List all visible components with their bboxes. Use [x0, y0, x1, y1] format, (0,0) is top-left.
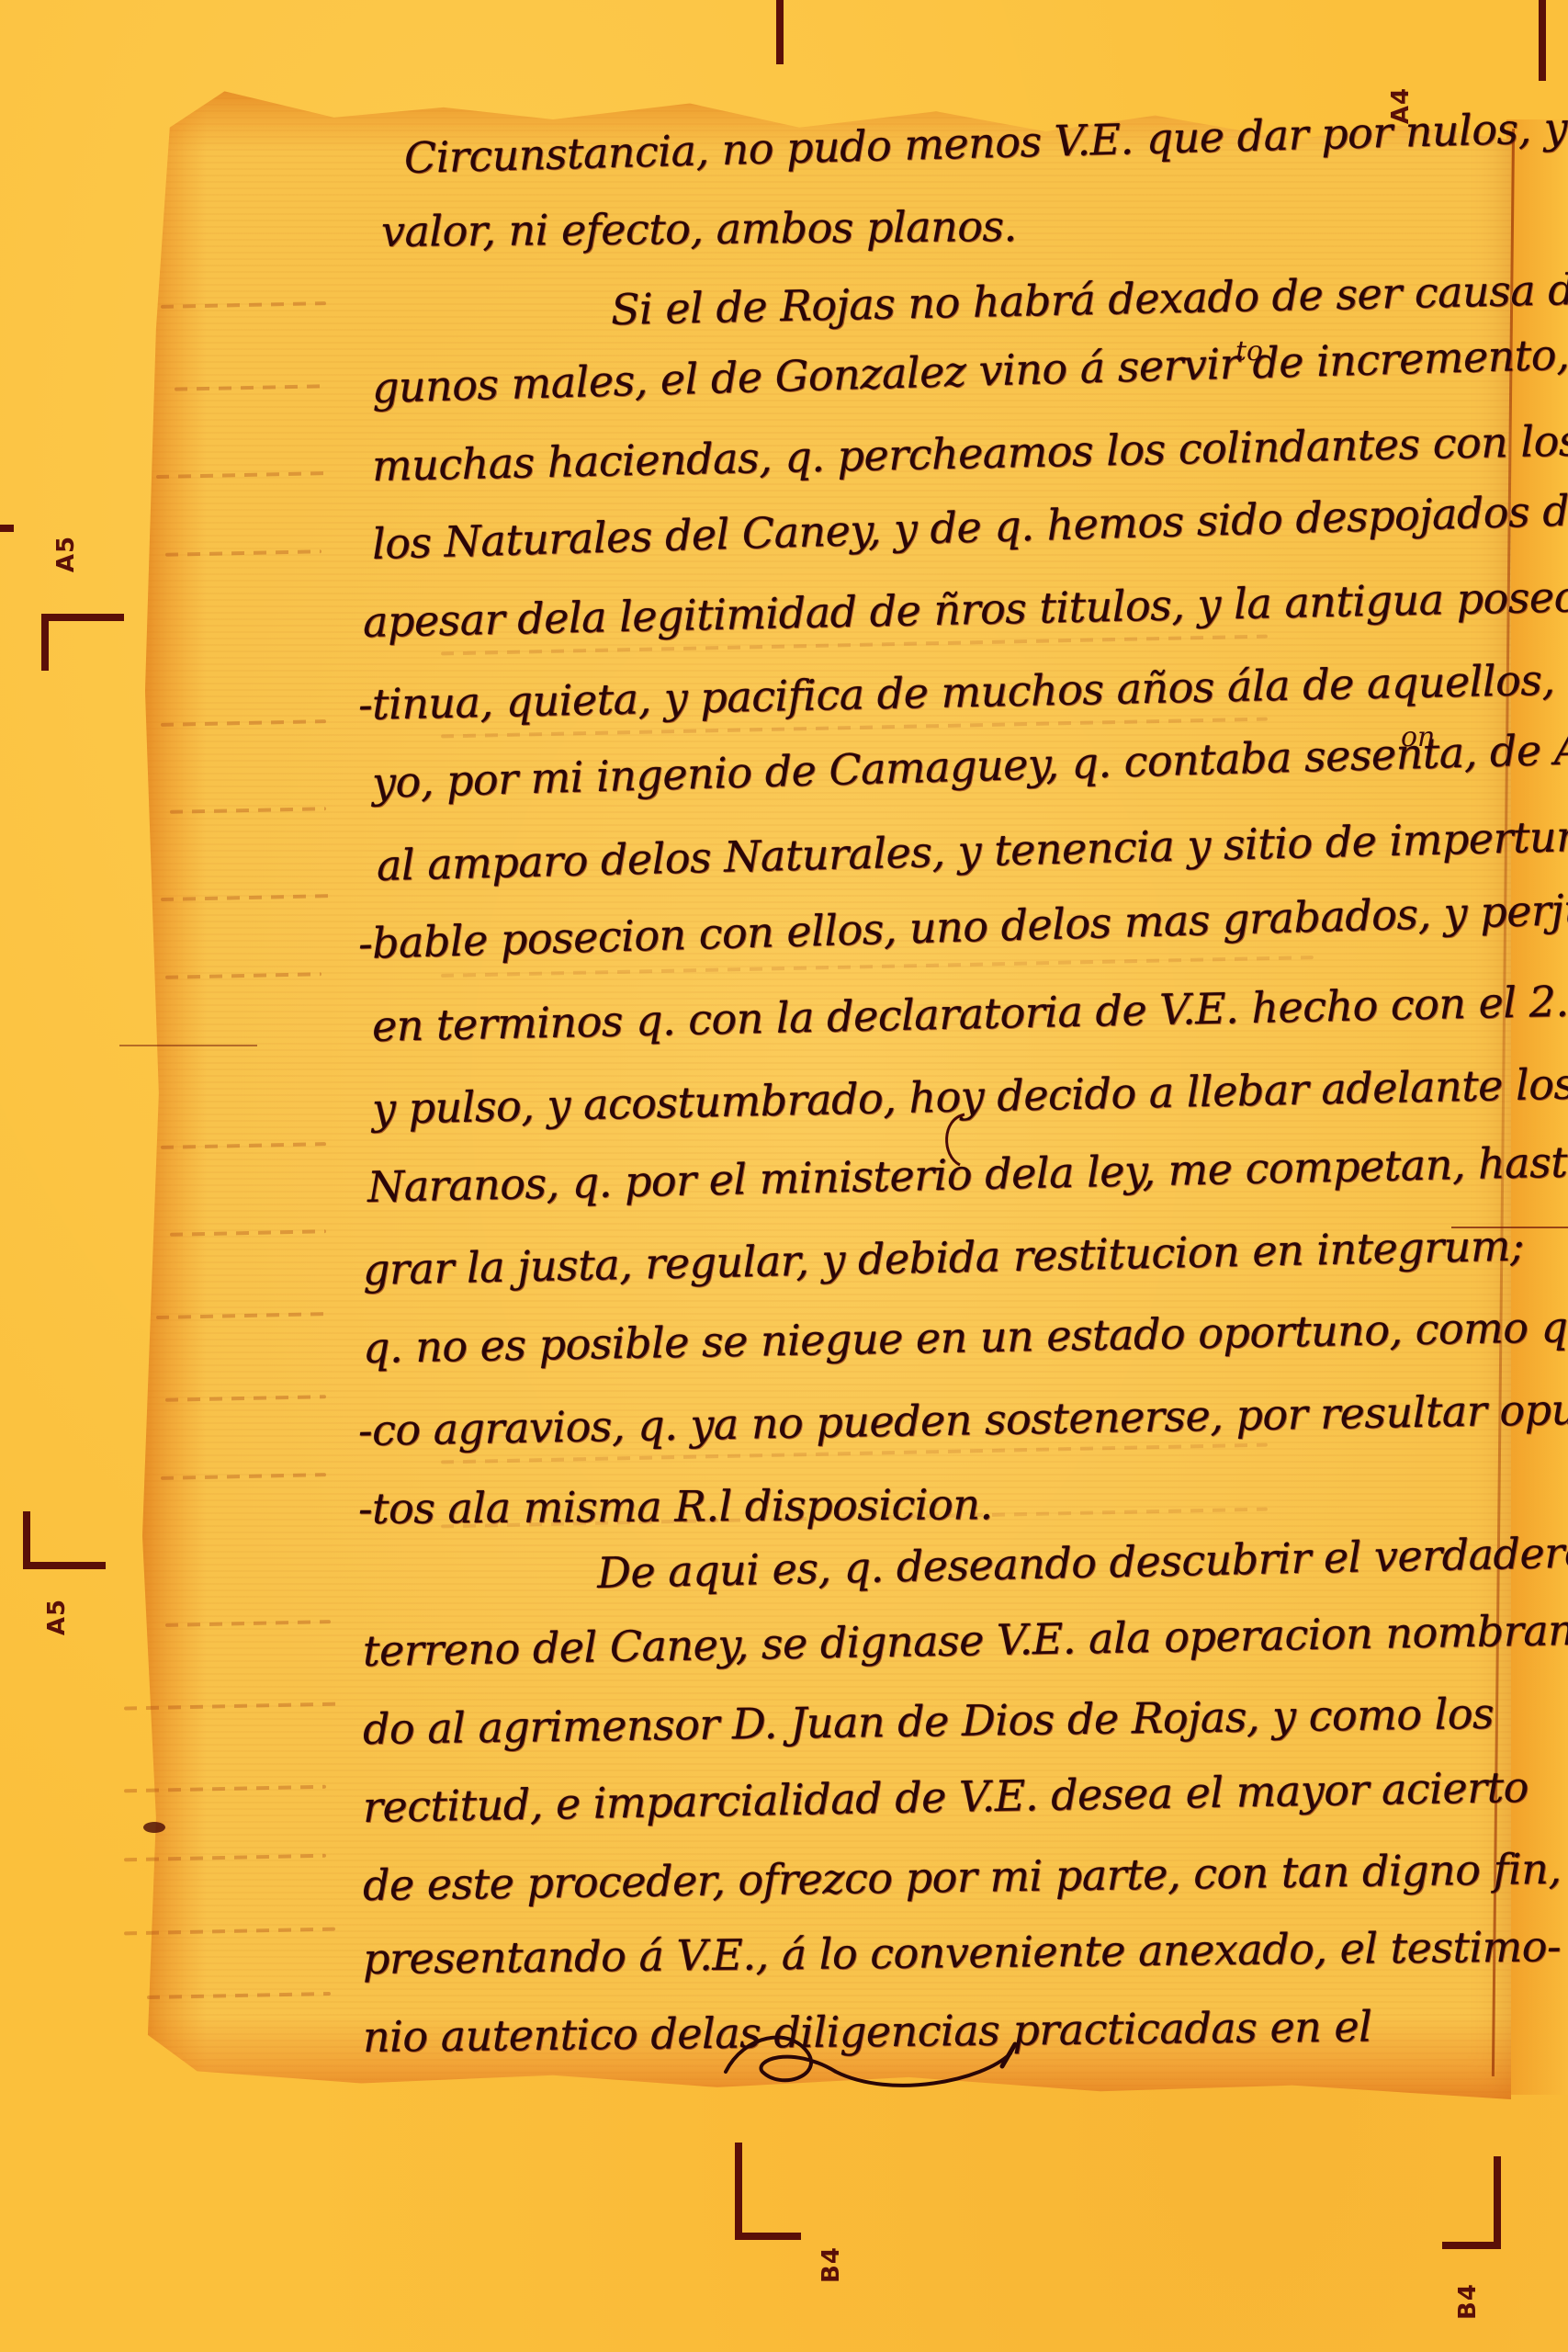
interlinear-note: on [1401, 721, 1435, 753]
marker-a5-left-lower: A5 [43, 1599, 71, 1635]
ink-blot-icon [138, 1815, 175, 1842]
crop-mark-left-lower-bracket-v [23, 1511, 30, 1568]
marker-b4-bottom-right: B4 [1454, 2283, 1482, 2320]
crop-mark-left-lower-bracket-h [23, 1562, 106, 1569]
crop-mark-top-center [776, 0, 784, 64]
fold-crease-left [119, 1045, 257, 1046]
manuscript-line: valor, ni efecto, ambos planos. [381, 201, 1017, 256]
crop-mark-left-upper-bracket-h [41, 614, 124, 621]
marker-b4-bottom-center: B4 [818, 2246, 845, 2283]
interlinear-note: to [1235, 335, 1263, 367]
marker-a5-left-upper: A5 [52, 536, 80, 572]
crop-mark-top-right [1539, 0, 1546, 81]
rubric-flourish-icon [707, 2017, 1075, 2099]
crop-mark-left-upper-h [0, 525, 14, 532]
crop-mark-bottom-center-h [735, 2233, 801, 2240]
crop-mark-bottom-right-v [1494, 2156, 1501, 2248]
crop-mark-bottom-right-h [1442, 2242, 1501, 2249]
manuscript-line: -tos ala misma R.l disposicion. [358, 1479, 993, 1533]
crop-mark-left-upper-bracket-v [41, 614, 49, 671]
crop-mark-bottom-center-v [735, 2143, 742, 2238]
letter-loop-icon [937, 1110, 974, 1174]
